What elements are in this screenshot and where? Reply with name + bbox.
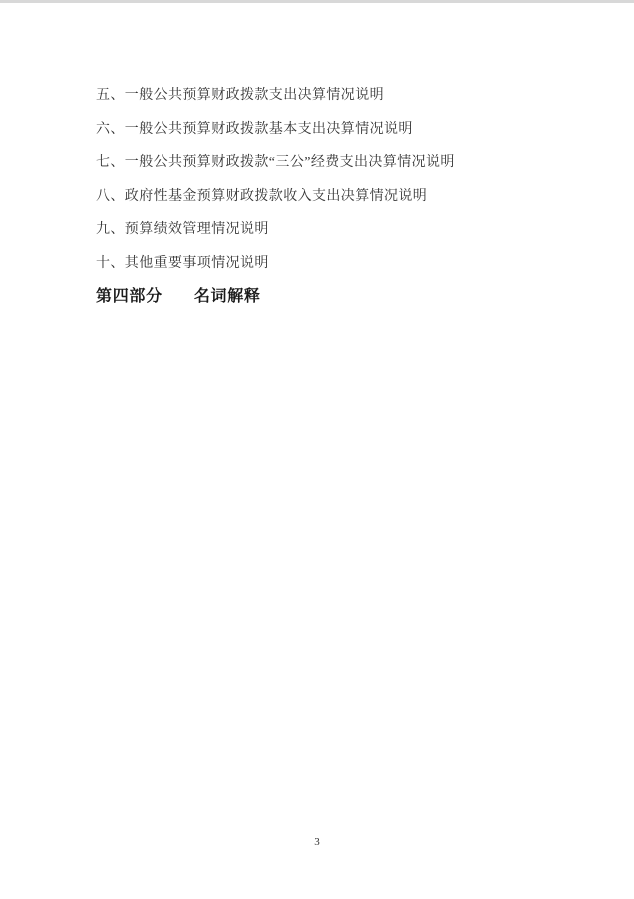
toc-item: 七、一般公共预算财政拨款“三公”经费支出决算情况说明 [96,146,576,180]
toc-item: 八、政府性基金预算财政拨款收入支出决算情况说明 [96,180,576,214]
section-heading: 第四部分名词解释 [96,280,576,314]
page-number: 3 [314,836,320,848]
page-footer: 3 [0,832,634,850]
section-heading-title: 名词解释 [194,288,261,305]
section-heading-part: 第四部分 [96,288,163,305]
page-top-border [0,0,634,3]
toc-item: 十、其他重要事项情况说明 [96,247,576,281]
table-of-contents: 五、一般公共预算财政拨款支出决算情况说明 六、一般公共预算财政拨款基本支出决算情… [96,79,576,314]
toc-item: 五、一般公共预算财政拨款支出决算情况说明 [96,79,576,113]
toc-item: 六、一般公共预算财政拨款基本支出决算情况说明 [96,113,576,147]
toc-item: 九、预算绩效管理情况说明 [96,213,576,247]
